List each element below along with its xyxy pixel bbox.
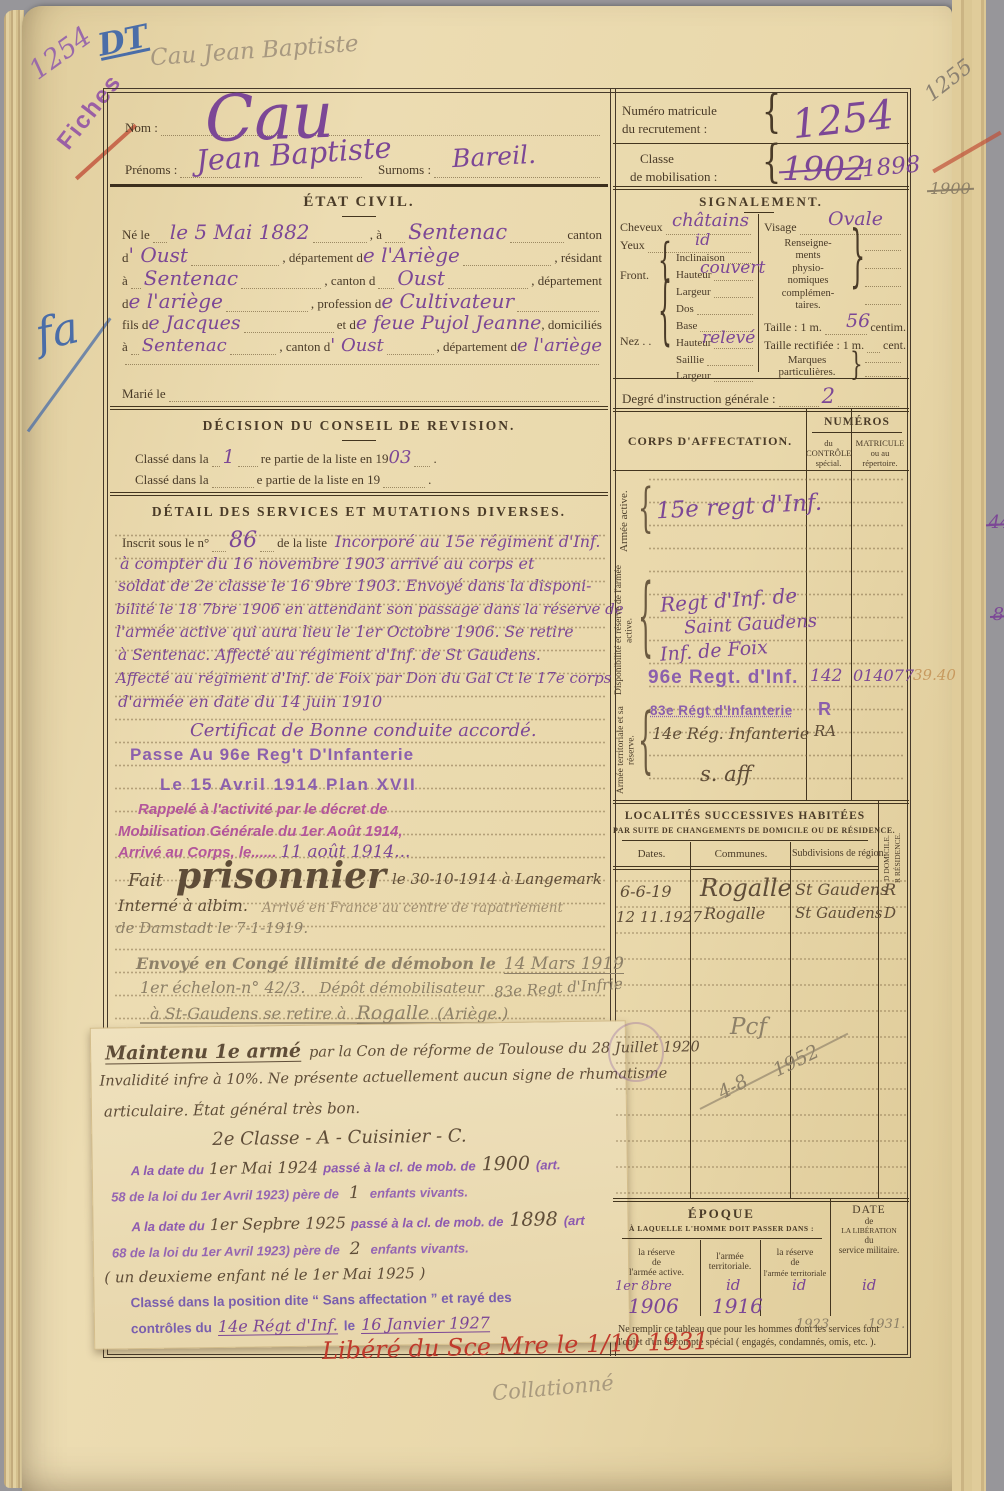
stamp-text: enfants vivants. (370, 1241, 468, 1255)
maintenu-arme: Maintenu 1e armé (105, 1042, 301, 1065)
scanned-register-page: 1254 DT Fiches Cau Jean Baptiste fa 1255… (0, 0, 1004, 1491)
residence-commune: Rogalle (704, 906, 765, 922)
label: Yeux (620, 238, 645, 253)
label: Saillie (676, 354, 704, 366)
value: 86 (229, 530, 257, 552)
taille-row: Taille : 1 m. centim. (764, 320, 906, 335)
slip-line-2: Invalidité infre à 10%. Ne présente actu… (99, 1067, 667, 1089)
nom-label: Nom : (125, 120, 158, 136)
marques-label: Marques particulières. (772, 354, 842, 378)
value: Sentenac (144, 268, 238, 288)
blank-line (122, 360, 602, 365)
label-line: MATRICULE (853, 438, 907, 448)
brace: } (850, 348, 863, 380)
communes-column-header: Communes. (692, 848, 790, 860)
label-line: la réserve (760, 1248, 830, 1258)
title-tick (342, 216, 376, 217)
numero-matricule-value: 1254 (790, 95, 895, 145)
armee-active-side-label: Armée active. (618, 478, 630, 564)
retire-departement: (Ariège.) (437, 1006, 508, 1022)
classe-value: 1898 (509, 1210, 558, 1230)
regiment-96-stamp: 96e Regt. d'Inf. (648, 668, 798, 687)
epoque-value-territoriale: id (726, 1278, 740, 1293)
numero-matricule-label: Numéro matricule du recrutement : (622, 102, 717, 138)
label: , à (370, 227, 382, 243)
label: e partie de la liste en 19 (257, 472, 380, 488)
value: e feue Pujol Jeanne (356, 314, 541, 333)
liberation-id: id (862, 1278, 876, 1293)
rappele-stamp-line: Mobilisation Générale du 1er Août 1914, (118, 824, 403, 839)
echelon: 1er échelon-n° 42/3. (140, 980, 305, 996)
residence-date: 6-6-19 (620, 884, 672, 900)
label: Taille : 1 m. (764, 320, 822, 335)
front-hauteur-value: couvert (700, 260, 765, 277)
service-entry: Affecté au régiment d'Inf. de Foix par D… (116, 671, 611, 686)
unit: cent. (883, 338, 906, 353)
label: , département d (437, 339, 518, 355)
localites-subtitle: PAR SUITE DE CHANGEMENTS DE DOMICILE OU … (613, 826, 877, 835)
yeux-row: Yeux (620, 238, 754, 253)
value: 03 (389, 449, 412, 467)
etat-civil-line: fils d e Jacques et d e feue Pujol Jeann… (122, 314, 602, 333)
degre-row: Degré d'instruction générale : 2 (622, 386, 902, 407)
label: . (433, 451, 436, 467)
label-line: nomiques (766, 275, 850, 287)
retire-text: à St-Gaudens se retire à (150, 1006, 347, 1022)
localites-top-rule (613, 800, 909, 804)
epoque-value-reserve-terr: id (792, 1278, 806, 1293)
value: Sentenac (408, 222, 507, 243)
slip-mob-1924: A la date du 1er Mai 1924 passé à la cl.… (131, 1154, 561, 1179)
section-rule (110, 492, 608, 496)
stamp-text: contrôles du (131, 1321, 212, 1336)
matricule-bottom-rule (613, 186, 909, 190)
label: , profession d (311, 296, 381, 312)
etat-civil-line: d ' Oust , département d e l'Ariège , ré… (122, 245, 602, 266)
rappele-stamp-line: Rappelé à l'activité par le décret de (138, 802, 388, 817)
margin-note: fa (32, 306, 83, 358)
classe-mobilisation-label: Classe de mobilisation : (630, 150, 717, 186)
label-line: du (806, 438, 851, 448)
label: , canton d (324, 273, 375, 289)
service-entry: soldat de 2e classe le 16 9bre 1903. Env… (118, 579, 591, 595)
etat-civil-line: d e l'ariège , profession d e Cultivateu… (122, 291, 602, 312)
label-line: service militaire. (830, 1245, 908, 1255)
dotted-blank (862, 300, 904, 305)
label: Inscrit sous le n° (122, 535, 209, 551)
label: Classé dans la (135, 451, 209, 467)
value: ' Oust (129, 245, 188, 265)
conge-line-2: 1er échelon-n° 42/3. Dépôt démobilisateu… (140, 980, 623, 996)
localites-header-rule (613, 866, 878, 870)
nez-largeur-row: Largeur (676, 370, 756, 382)
renseignements-label: Renseigne- ments physio- nomiques complé… (766, 238, 850, 312)
header-rule (110, 184, 608, 187)
label-line: taires. (766, 300, 850, 312)
label-line: CONTRÔLE (806, 448, 851, 458)
nez-label: Nez . . (620, 334, 651, 349)
epoque-value-reserve: 1er 8bre (615, 1280, 672, 1293)
slip-deuxieme-enfant: ( un deuxieme enfant né le 1er Mai 1925 … (104, 1266, 425, 1285)
reserve-active-header: la réserve de l'armée active. (613, 1248, 700, 1278)
date-value: 1er Mai 1924 (209, 1160, 318, 1178)
degre-value: 2 (822, 386, 835, 407)
dotted-blank (862, 372, 904, 377)
label-line: Classe (640, 150, 717, 168)
services-title: DÉTAIL DES SERVICES ET MUTATIONS DIVERSE… (112, 504, 606, 520)
controle-RA: RA (814, 724, 836, 739)
date-value: 16 Janvier 1927 (361, 1315, 490, 1334)
active-matricule-number: 4406 (989, 514, 1004, 532)
label-line: la réserve (613, 1248, 700, 1258)
date-liberation-header: DATE de LA LIBÉRATION du service militai… (830, 1204, 908, 1255)
signalement-divider (758, 214, 759, 372)
certificat-entry: Certificat de Bonne conduite accordé. (190, 722, 537, 740)
decision-title: DÉCISION DU CONSEIL DE REVISION. (112, 418, 606, 434)
epoque-subtitle: À LAQUELLE L'HOMME DOIT PASSER DANS : (613, 1224, 830, 1233)
stamp-text: A la date du (131, 1219, 204, 1233)
decision-line-1: Classé dans la 1 re partie de la liste e… (135, 448, 465, 467)
marie-label: Marié le (122, 386, 166, 402)
front-label: Front. (620, 268, 649, 283)
stamp-text: enfants vivants. (370, 1185, 468, 1199)
epoque-value-territoriale-year: 1916 (712, 1296, 763, 1316)
prisonnier-detail: le 30-10-1914 à Langemark (392, 872, 602, 887)
label-line: Renseigne- (766, 238, 850, 250)
taille-rectifiee-row: Taille rectifiée : 1 m. cent. (764, 338, 906, 353)
label-line: ou au (853, 448, 907, 458)
reserve-territoriale-header: la réserve de l'armée territoriale (760, 1248, 830, 1278)
nez-hauteur-value: relevé (702, 330, 755, 347)
matricule-column-header: MATRICULE ou au répertoire. (853, 438, 907, 468)
value: le 5 Mai 1882 (170, 222, 310, 242)
classe-value: 1900 (481, 1155, 530, 1175)
brace: } (850, 222, 865, 289)
label: , domiciliés (541, 317, 602, 333)
epoque-value-reserve-year: 1906 (628, 1296, 679, 1316)
slip-enfants-1: 58 de la loi du 1er Avril 1923) père de … (111, 1183, 468, 1205)
label-line: territoriale. (700, 1262, 760, 1272)
service-entry: à compter du 16 novembre 1903 arrivé au … (120, 556, 534, 572)
value: e l'ariège (517, 337, 602, 355)
brace: { (762, 141, 781, 186)
etat-civil-line: Né le le 5 Mai 1882 , à Sentenac canton (122, 222, 602, 243)
localites-curly (622, 840, 868, 841)
enfants-count: 2 (350, 1241, 361, 1258)
service-entry: l'armée active qui aura lieu le 1er Octo… (116, 625, 574, 641)
rapatriement-entry: Arrivé en France au centre de rapatrieme… (262, 900, 563, 916)
plan-xvii-stamp: Le 15 Avril 1914 Plan XVII (160, 776, 417, 793)
taille-value: 56 (846, 312, 870, 331)
label-line: de (613, 1258, 700, 1268)
residence-commune: Rogalle (700, 876, 792, 900)
label-line: complémen- (766, 288, 850, 300)
value: 1 (223, 448, 235, 467)
prenoms-label: Prénoms : (125, 162, 177, 178)
degre-bottom-rule (613, 408, 909, 412)
dotted-blank (862, 264, 904, 269)
service-entry: à Sentenac. Affecté au régiment d'Inf. d… (118, 648, 541, 664)
label: , canton d (279, 339, 330, 355)
localites-title: LOCALITÉS SUCCESSIVES HABITÉES (613, 810, 877, 822)
label: Cheveux (620, 220, 663, 235)
date-value: 1er Sepbre 1925 (210, 1215, 346, 1233)
label: canton (567, 227, 602, 243)
front-largeur-row: Largeur (676, 286, 756, 298)
conge-text: Envoyé en Congé illimité de démobon le (136, 956, 496, 972)
round-stamp-trace (608, 1022, 664, 1082)
decision-line-2: Classé dans la e partie de la liste en 1… (135, 472, 465, 488)
conge-date: 14 Mars 1919 (504, 956, 624, 974)
label-line: l'armée (700, 1252, 760, 1262)
stamp-text: le (344, 1319, 355, 1333)
residence-dr-flag: R (884, 882, 896, 898)
label: . (428, 472, 431, 488)
section-rule (110, 406, 608, 410)
margin-pencil-number: 39.40 (913, 668, 956, 683)
label: à (122, 273, 128, 289)
depot: Dépôt démobilisateur (319, 981, 483, 996)
label: , département d (282, 250, 363, 266)
label: fils d (122, 317, 148, 333)
interne-entry: Interné à albim. (118, 898, 248, 914)
label: , résidant (554, 250, 602, 266)
conge-line-1: Envoyé en Congé illimité de démobon le 1… (136, 956, 624, 974)
sans-affectation-entry: s. aff (700, 764, 752, 785)
label: Largeur (676, 370, 711, 382)
etat-civil-line: à Sentenac , canton d ' Oust , départeme… (122, 337, 602, 355)
controle-R-stamp: R (818, 700, 831, 718)
value: e l'ariège (129, 291, 223, 311)
label-line: DATE (830, 1204, 908, 1216)
value: Sentenac (142, 337, 227, 355)
conge-line-3: à St-Gaudens se retire à Rogalle (Ariège… (150, 1004, 508, 1024)
disponibilite-side-label: Disponibilité et réserve de l'armée acti… (614, 562, 636, 698)
inscrit-row: Inscrit sous le n° 86 de la liste Incorp… (122, 530, 608, 552)
degre-label: Degré d'instruction générale : (622, 391, 776, 407)
value: e Cultivateur (381, 291, 514, 311)
label-line: de (830, 1216, 908, 1226)
prisonnier-prefix: Fait (128, 872, 163, 890)
surnoms-value: Bareil. (451, 142, 536, 171)
stamp-text: A la date du (131, 1163, 204, 1177)
numeros-title: NUMÉROS (806, 416, 908, 428)
page-stack-edge (4, 10, 24, 1488)
dotted-blank (862, 246, 904, 251)
corps-title: CORPS D'AFFECTATION. (613, 434, 807, 449)
label: Classé dans la (135, 472, 209, 488)
marie-row: Marié le (122, 386, 602, 402)
etat-civil-line: à Sentenac , canton d Oust , département (122, 268, 602, 289)
regiment-14-entry: 14e Rég. Infanterie (652, 726, 809, 742)
pencil-note-pcf: Pcf (730, 1016, 767, 1039)
passe-96e-stamp: Passe Au 96e Reg't D'Infanterie (130, 746, 414, 763)
label: Base (676, 320, 697, 332)
unit: centim. (870, 320, 906, 335)
residence-subdivision: St Gaudens (795, 906, 883, 921)
etat-civil-title: ÉTAT CIVIL. (112, 194, 606, 211)
value: e Jacques (148, 314, 240, 333)
epoque-top-rule (613, 1198, 909, 1202)
dotted-blank (862, 282, 904, 287)
subdivisions-column-header: Subdivisions de région. (792, 848, 878, 859)
brace: { (638, 482, 653, 535)
corps-header-rule (613, 470, 909, 471)
label: , département (531, 273, 602, 289)
stamp-text: passé à la cl. de mob. de (323, 1159, 476, 1174)
next-page-edge (952, 0, 986, 1491)
brace: { (638, 573, 653, 659)
label-line: de (760, 1258, 830, 1268)
cheveux-value: châtains (672, 212, 749, 230)
slip-enfants-2: 68 de la loi du 1er Avril 1923) père de … (112, 1239, 469, 1261)
service-entry: d'armée en date du 14 juin 1910 (118, 694, 382, 710)
armee-territoriale-header: l'armée territoriale. (700, 1252, 760, 1272)
label-line: ments (766, 250, 850, 262)
surnoms-label: Surnoms : (378, 162, 431, 178)
label: à (122, 339, 128, 355)
classe-struck-1900: 1900 (930, 181, 971, 197)
stamp-text: (art (564, 1214, 585, 1227)
value: e l'Ariège (363, 245, 460, 265)
service-entry: Incorporé au 15e régiment d'Inf. (335, 534, 600, 550)
label: de la liste (277, 535, 327, 551)
value: ' Oust (330, 337, 384, 355)
controle-142: 142 (810, 668, 842, 685)
regiment-value: 14e Régt d'Inf. (218, 1317, 338, 1336)
label-line: répertoire. (853, 458, 907, 468)
stamp-text: passé à la cl. de mob. de (351, 1215, 504, 1230)
label-line: physio- (766, 263, 850, 275)
label-line: Marques (772, 354, 842, 366)
sans-affectation-stamp: Classé dans la position dite “ Sans affe… (131, 1291, 512, 1310)
slip-line-3: articulaire. État général très bon. (104, 1101, 360, 1120)
stamp-text: 68 de la loi du 1er Avril 1923) père de (112, 1243, 340, 1259)
enfants-count: 1 (349, 1185, 360, 1202)
label-line: du (830, 1235, 908, 1245)
brace: { (762, 91, 781, 136)
stamp-text: 58 de la loi du 1er Avril 1923) père de (111, 1187, 339, 1203)
service-entry: bilité le 18 7bre 1906 en attendant son … (116, 602, 624, 617)
brace: { (658, 278, 672, 353)
label: re partie de la liste en 19 (261, 451, 389, 467)
epoque-curly (622, 1238, 822, 1239)
yeux-value: id (695, 232, 710, 248)
label-line: du recrutement : (622, 120, 717, 138)
numeros-curly (812, 432, 902, 433)
label: Né le (122, 227, 150, 243)
nez-dos-row: Dos (676, 303, 756, 315)
stamp-text: (art. (536, 1158, 561, 1171)
territoriale-side-label: Armée territoriale et sa réserve. (616, 700, 636, 800)
controle-column-header: du CONTRÔLE spécial. (806, 438, 851, 468)
slip-classification: 2e Classe - A - Cuisinier - C. (212, 1128, 467, 1150)
dotted-blank (862, 358, 904, 363)
label-line: particulières. (772, 366, 842, 378)
label: Dos (676, 303, 694, 315)
attached-slip: Maintenu 1e armé par la Con de réforme d… (90, 1020, 630, 1349)
residence-dr-flag: D (884, 906, 896, 921)
label: Largeur (676, 286, 711, 298)
label-line: l'armée active. (613, 1268, 700, 1278)
signalement-bottom-rule (613, 378, 909, 379)
classe-struck-1902: 1902 (782, 152, 866, 185)
label-line: Numéro matricule (622, 102, 717, 120)
label: et d (337, 317, 356, 333)
retire-commune: Rogalle (357, 1004, 430, 1024)
backdrop-strip (986, 0, 1004, 1491)
value: Oust (397, 268, 445, 288)
darmstadt-entry: de Damstadt le 7-1-1919. (116, 921, 308, 936)
slip-mob-1925: A la date du 1er Sepbre 1925 passé à la … (131, 1210, 584, 1235)
label-line: spécial. (806, 458, 851, 468)
residence-subdivision: St Gaudens (795, 882, 888, 898)
label: Visage (764, 220, 797, 235)
nez-saillie-row: Saillie (676, 354, 756, 366)
epoque-title: ÉPOQUE (613, 1206, 830, 1222)
label-line: de mobilisation : (630, 168, 717, 186)
label-line: LA LIBÉRATION (830, 1226, 908, 1235)
matricule-014077: 014077 (853, 668, 914, 684)
title-tick (342, 440, 376, 441)
dates-column-header: Dates. (613, 848, 690, 860)
reserve-controle-number: 869 (993, 606, 1004, 624)
prisonnier-word: prisonnier (176, 858, 386, 894)
classe-value-1898: 1898 (861, 153, 921, 181)
matricule-divider (613, 143, 909, 144)
regiment-83-stamp: 83e Régt d'Infanterie (650, 704, 793, 718)
residence-date: 12 11.1927 (616, 910, 702, 925)
